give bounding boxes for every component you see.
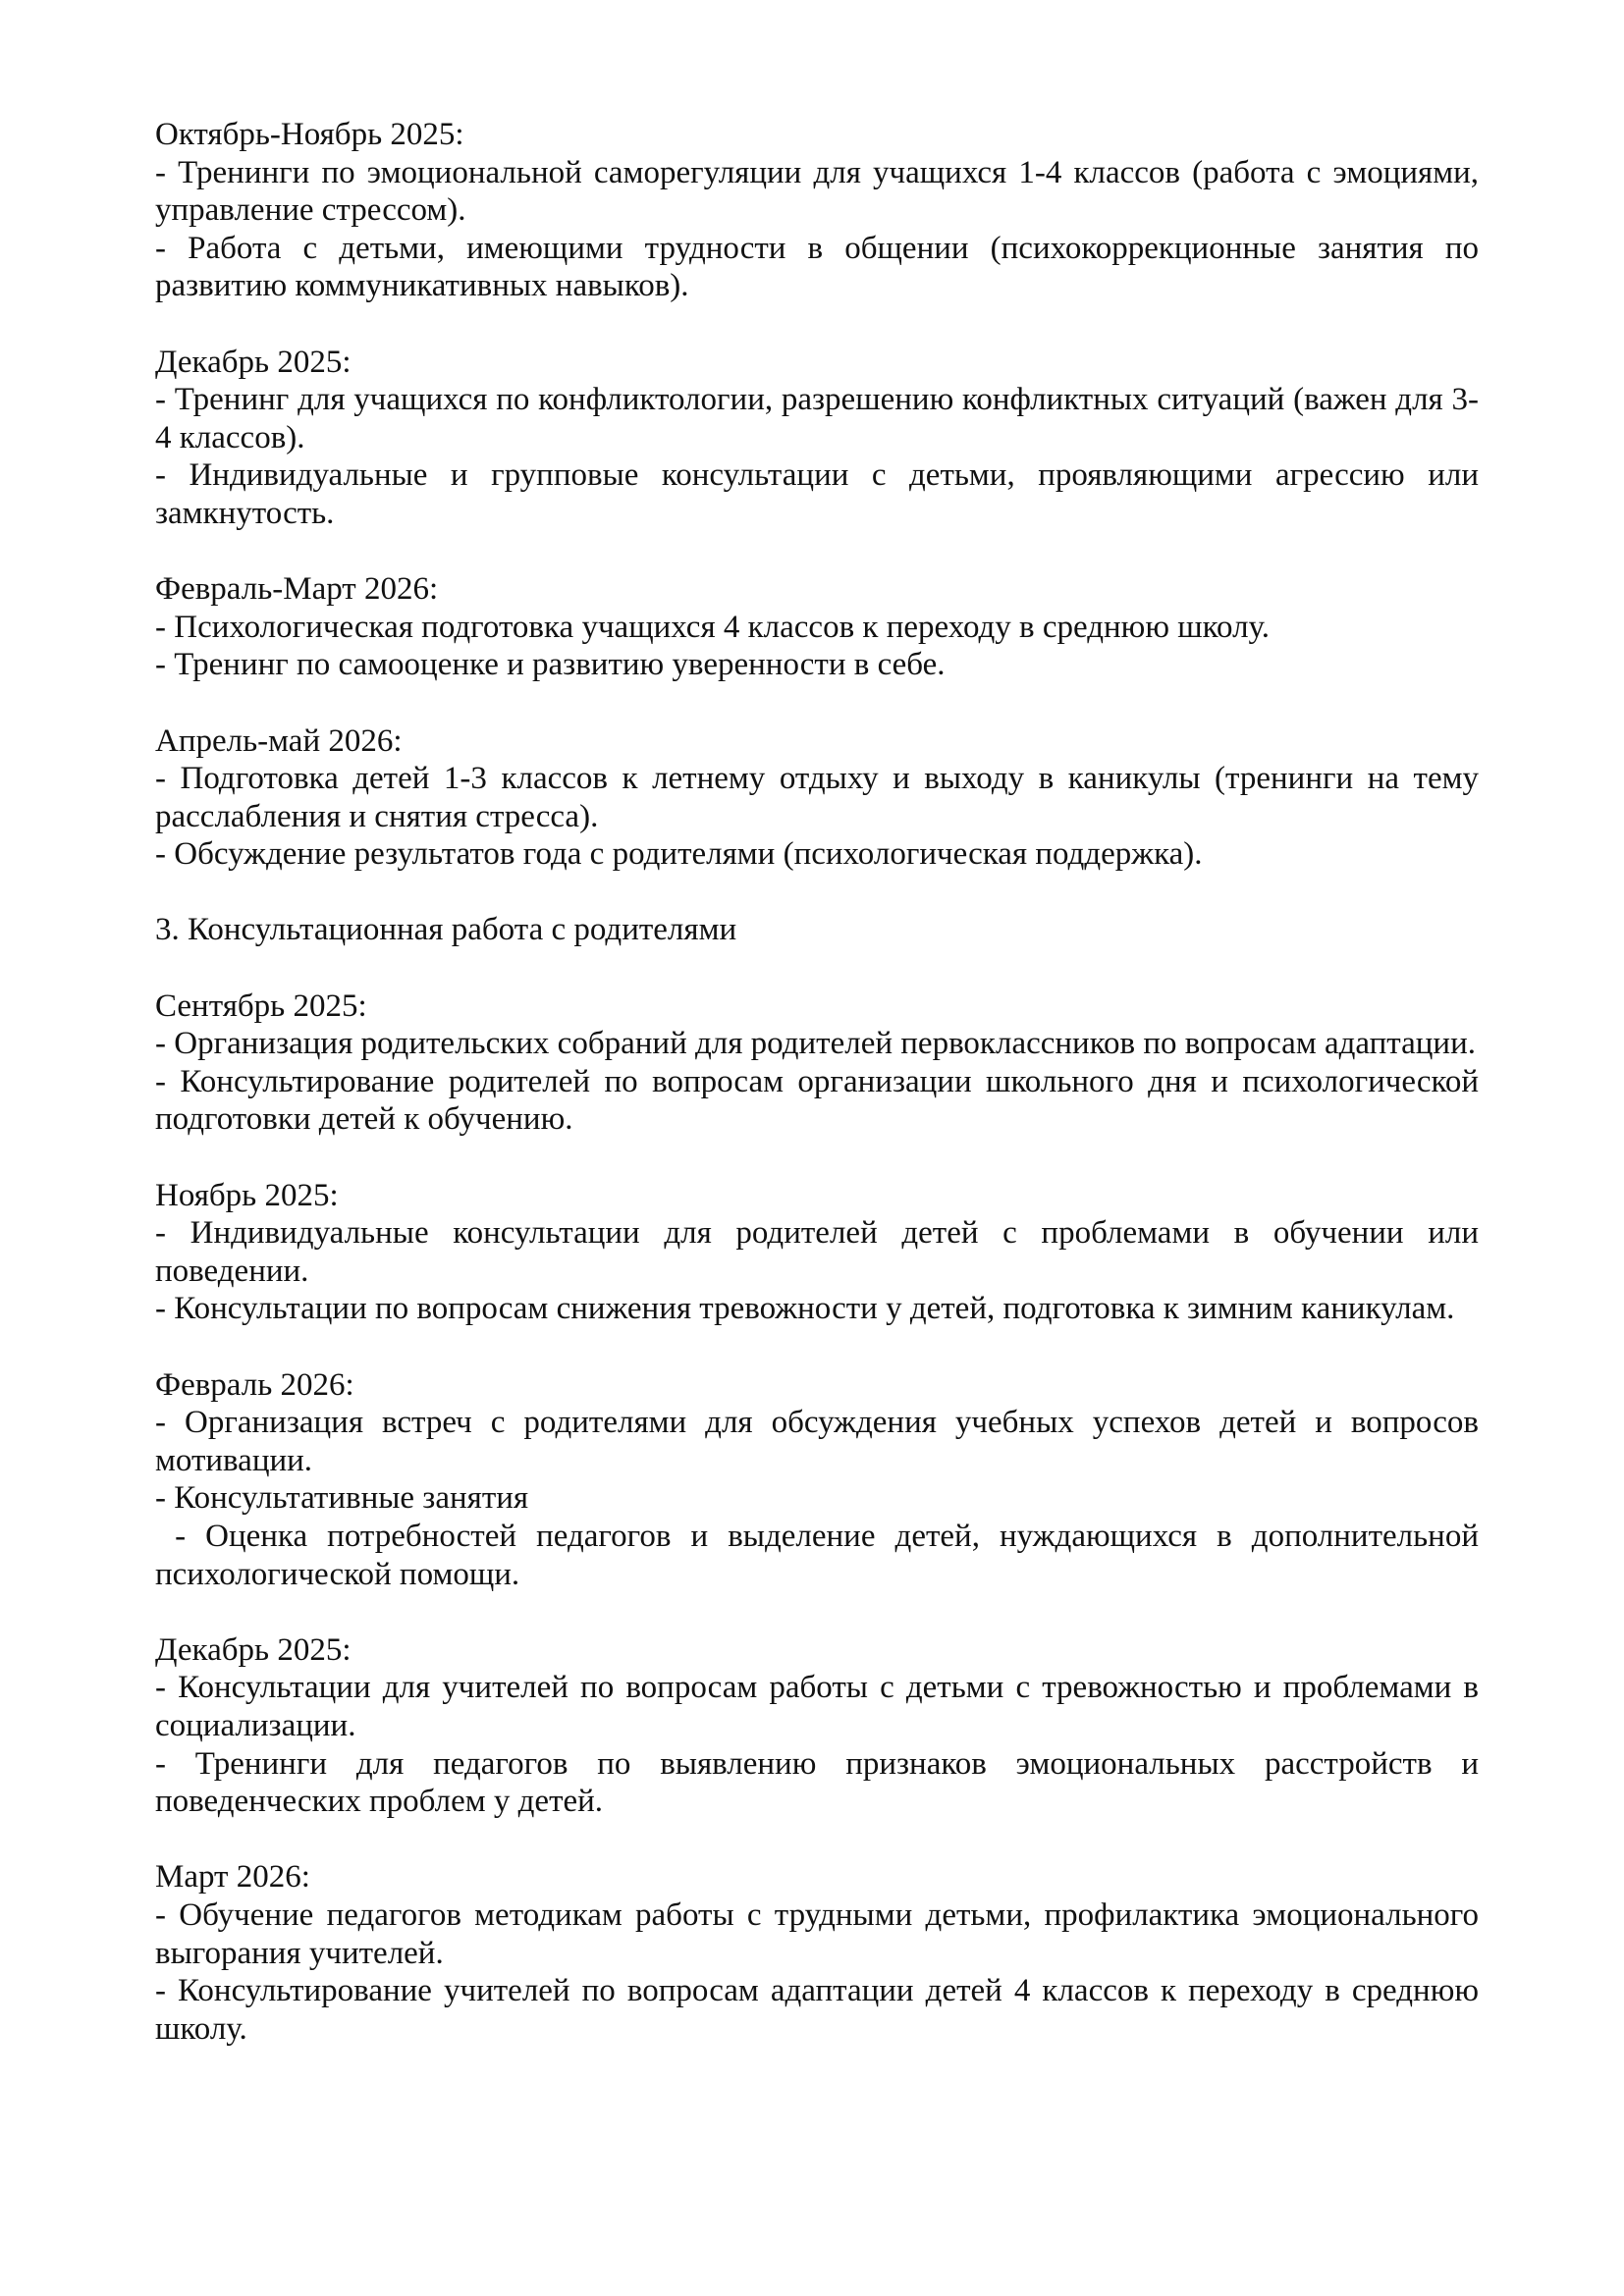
plan-block-oct-nov-2025: Октябрь-Ноябрь 2025: - Тренинги по эмоци… bbox=[155, 116, 1479, 305]
block-heading: Февраль 2026: bbox=[155, 1366, 1479, 1405]
block-heading: Декабрь 2025: bbox=[155, 1631, 1479, 1670]
block-heading: Февраль-Март 2026: bbox=[155, 570, 1479, 609]
plan-block-apr-may-2026: Апрель-май 2026: - Подготовка детей 1-3 … bbox=[155, 722, 1479, 874]
list-item: - Оценка потребностей педагогов и выделе… bbox=[155, 1518, 1479, 1593]
list-item: - Тренинги по эмоциональной саморегуляци… bbox=[155, 154, 1479, 230]
list-item: - Тренинг для учащихся по конфликтологии… bbox=[155, 381, 1479, 456]
plan-block-feb-mar-2026: Февраль-Март 2026: - Психологическая под… bbox=[155, 570, 1479, 684]
parents-block-sep-2025: Сентябрь 2025: - Организация родительски… bbox=[155, 988, 1479, 1139]
list-item: - Организация встреч с родителями для об… bbox=[155, 1404, 1479, 1479]
document-page: Октябрь-Ноябрь 2025: - Тренинги по эмоци… bbox=[155, 116, 1479, 2086]
parents-block-feb-2026: Февраль 2026: - Организация встреч с род… bbox=[155, 1366, 1479, 1594]
section-title: 3. Консультационная работа с родителями bbox=[155, 911, 1479, 949]
list-item: - Обсуждение результатов года с родителя… bbox=[155, 835, 1479, 874]
block-heading: Апрель-май 2026: bbox=[155, 722, 1479, 761]
list-item: - Обучение педагогов методикам работы с … bbox=[155, 1896, 1479, 1972]
teachers-block-dec-2025: Декабрь 2025: - Консультации для учителе… bbox=[155, 1631, 1479, 1821]
list-item: - Работа с детьми, имеющими трудности в … bbox=[155, 230, 1479, 305]
list-item: - Тренинги для педагогов по выявлению пр… bbox=[155, 1745, 1479, 1821]
list-item: - Консультативные занятия bbox=[155, 1479, 1479, 1518]
list-item: - Консультации для учителей по вопросам … bbox=[155, 1669, 1479, 1744]
block-heading: Декабрь 2025: bbox=[155, 344, 1479, 382]
list-item: - Индивидуальные консультации для родите… bbox=[155, 1214, 1479, 1290]
list-item: - Подготовка детей 1-3 классов к летнему… bbox=[155, 760, 1479, 835]
list-item: - Индивидуальные и групповые консультаци… bbox=[155, 456, 1479, 532]
block-heading: Сентябрь 2025: bbox=[155, 988, 1479, 1026]
list-item: - Организация родительских собраний для … bbox=[155, 1025, 1479, 1063]
plan-block-dec-2025: Декабрь 2025: - Тренинг для учащихся по … bbox=[155, 344, 1479, 533]
block-heading: Ноябрь 2025: bbox=[155, 1177, 1479, 1215]
list-item: - Консультирование родителей по вопросам… bbox=[155, 1063, 1479, 1139]
block-heading: Октябрь-Ноябрь 2025: bbox=[155, 116, 1479, 154]
list-item: - Консультации по вопросам снижения трев… bbox=[155, 1290, 1479, 1328]
list-item: - Консультирование учителей по вопросам … bbox=[155, 1972, 1479, 2048]
teachers-block-mar-2026: Март 2026: - Обучение педагогов методика… bbox=[155, 1858, 1479, 2048]
block-heading: Март 2026: bbox=[155, 1858, 1479, 1896]
list-item: - Психологическая подготовка учащихся 4 … bbox=[155, 609, 1479, 647]
parents-block-nov-2025: Ноябрь 2025: - Индивидуальные консультац… bbox=[155, 1177, 1479, 1328]
list-item: - Тренинг по самооценке и развитию увере… bbox=[155, 646, 1479, 684]
